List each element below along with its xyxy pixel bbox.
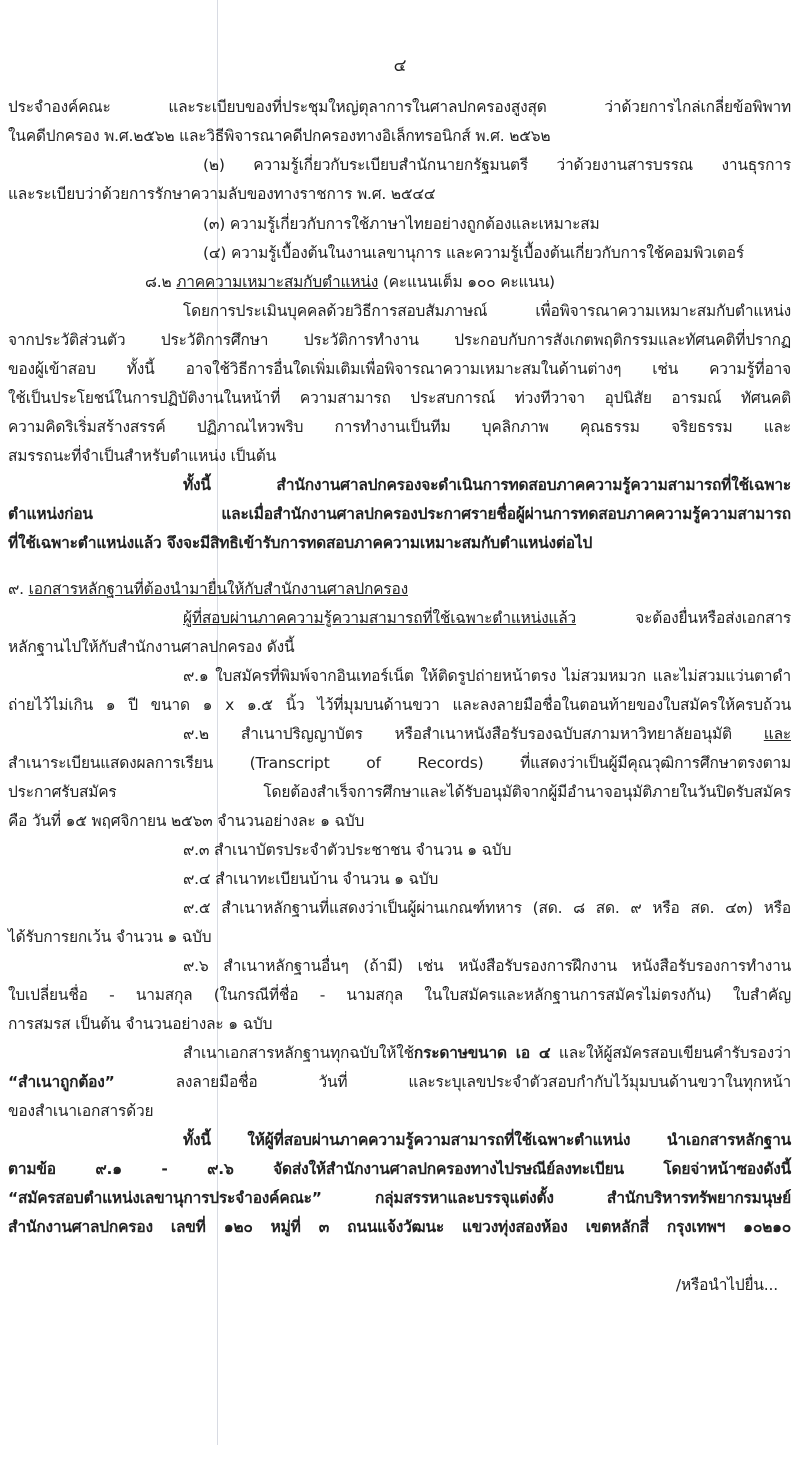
bold-text: กระดาษขนาด เอ ๔: [414, 1044, 551, 1062]
text-line: ในคดีปกครอง พ.ศ.๒๕๖๒ และวิธีพิจารณาคดีปก…: [8, 126, 550, 146]
continuation-marker: /หรือนำไปยื่น...: [676, 1275, 778, 1295]
list-item-9-2: ๙.๒ สำเนาปริญญาบัตร หรือสำเนาหนังสือรับร…: [183, 724, 791, 744]
bold-note-line: ทั้งนี้ สำนักงานศาลปกครองจะดำเนินการทดสอ…: [183, 475, 791, 495]
text-line: การสมรส เป็นต้น จำนวนอย่างละ ๑ ฉบับ: [8, 1014, 272, 1034]
text-line: สมรรถนะที่จำเป็นสำหรับตำแหน่ง เป็นต้น: [8, 446, 276, 466]
text-span: และให้ผู้สมัครสอบเขียนคำรับรองว่า: [550, 1044, 791, 1062]
section-number: ๙.: [8, 580, 29, 598]
list-item-9-3: ๙.๓ สำเนาบัตรประจำตัวประชาชน จำนวน ๑ ฉบั…: [183, 840, 511, 860]
text-line: ใช้เป็นประโยชน์ในการปฏิบัติงานในหน้าที่ …: [8, 388, 791, 408]
bold-note-line: ตามข้อ ๙.๑ - ๙.๖ จัดส่งให้สำนักงานศาลปกค…: [8, 1159, 791, 1179]
text-line: โดยการประเมินบุคคลด้วยวิธีการสอบสัมภาษณ์…: [183, 301, 791, 321]
section-9-heading: ๙. เอกสารหลักฐานที่ต้องนำมายื่นให้กับสำน…: [8, 579, 408, 599]
text-line: ถ่ายไว้ไม่เกิน ๑ ปี ขนาด ๑ x ๑.๕ นิ้ว ไว…: [8, 695, 791, 715]
bold-note-line: ที่ใช้เฉพาะตำแหน่งแล้ว จึงจะมีสิทธิเข้าร…: [8, 533, 592, 553]
text-line: ได้รับการยกเว้น จำนวน ๑ ฉบับ: [8, 927, 211, 947]
text-line: คือ วันที่ ๑๕ พฤศจิกายน ๒๕๖๓ จำนวนอย่างล…: [8, 811, 364, 831]
section-title: เอกสารหลักฐานที่ต้องนำมายื่นให้กับสำนักง…: [29, 580, 408, 598]
text-span: สำเนาเอกสารหลักฐานทุกฉบับให้ใช้: [183, 1044, 414, 1062]
text-line: ของสำเนาเอกสารด้วย: [8, 1101, 153, 1121]
list-item-4: (๔) ความรู้เบื้องต้นในงานเลขานุการ และคว…: [203, 243, 744, 263]
list-item-9-1: ๙.๑ ใบสมัครที่พิมพ์จากอินเทอร์เน็ต ให้ติ…: [183, 666, 791, 686]
text-line: ผู้ที่สอบผ่านภาคความรู้ความสามารถที่ใช้เ…: [183, 608, 791, 628]
section-number: ๘.๒: [145, 273, 176, 291]
text-line: สำเนาเอกสารหลักฐานทุกฉบับให้ใช้กระดาษขนา…: [183, 1043, 791, 1063]
text-line: ของผู้เข้าสอบ ทั้งนี้ อาจใช้วิธีการอื่นใ…: [8, 359, 791, 379]
section-score: (คะแนนเต็ม ๑๐๐ คะแนน): [378, 273, 555, 291]
bold-note-line: “สมัครสอบตำแหน่งเลขานุการประจำองค์คณะ” ก…: [8, 1188, 791, 1208]
text-line: “สำเนาถูกต้อง” ลงลายมือชื่อ วันที่ และระ…: [8, 1072, 791, 1092]
underlined-text: และ: [764, 725, 791, 743]
bold-text: “สำเนาถูกต้อง”: [8, 1073, 115, 1091]
bold-note-line: ตำแหน่งก่อน และเมื่อสำนักงานศาลปกครองประ…: [8, 504, 791, 524]
text-span: จะต้องยื่นหรือส่งเอกสาร: [576, 609, 791, 627]
text-line: ประกาศรับสมัคร โดยต้องสำเร็จการศึกษาและไ…: [8, 782, 791, 802]
text-span: ลงลายมือชื่อ วันที่ และระบุเลขประจำตัวสอ…: [115, 1073, 791, 1091]
section-title: ภาคความเหมาะสมกับตำแหน่ง: [176, 273, 378, 291]
text-line: ใบเปลี่ยนชื่อ - นามสกุล (ในกรณีที่ชื่อ -…: [8, 985, 791, 1005]
bold-note-line: ทั้งนี้ ให้ผู้ที่สอบผ่านภาคความรู้ความสา…: [183, 1130, 791, 1150]
underlined-text: ผู้ที่สอบผ่านภาคความรู้ความสามารถที่ใช้เ…: [183, 609, 576, 627]
section-8-2-heading: ๘.๒ ภาคความเหมาะสมกับตำแหน่ง (คะแนนเต็ม …: [145, 272, 555, 292]
text-span: ๙.๒ สำเนาปริญญาบัตร หรือสำเนาหนังสือรับร…: [183, 725, 764, 743]
text-line: สำเนาระเบียนแสดงผลการเรียน (Transcript o…: [8, 753, 791, 773]
text-line: และระเบียบว่าด้วยการรักษาความลับของทางรา…: [8, 184, 435, 204]
list-item-3: (๓) ความรู้เกี่ยวกับการใช้ภาษาไทยอย่างถู…: [203, 214, 600, 234]
list-item-9-4: ๙.๔ สำเนาทะเบียนบ้าน จำนวน ๑ ฉบับ: [183, 869, 438, 889]
text-line: จากประวัติส่วนตัว ประวัติการศึกษา ประวัต…: [8, 330, 791, 350]
list-item-9-6: ๙.๖ สำเนาหลักฐานอื่นๆ (ถ้ามี) เช่น หนังส…: [183, 956, 791, 976]
list-item-2: (๒) ความรู้เกี่ยวกับระเบียบสำนักนายกรัฐม…: [203, 155, 791, 175]
text-line: ความคิดริเริ่มสร้างสรรค์ ปฏิภาณไหวพริบ ก…: [8, 417, 791, 437]
list-item-9-5: ๙.๕ สำเนาหลักฐานที่แสดงว่าเป็นผู้ผ่านเกณ…: [183, 898, 791, 918]
text-line: ประจำองค์คณะ และระเบียบของที่ประชุมใหญ่ต…: [8, 97, 791, 117]
text-line: หลักฐานไปให้กับสำนักงานศาลปกครอง ดังนี้: [8, 637, 294, 657]
bold-note-line: สำนักงานศาลปกครอง เลขที่ ๑๒๐ หมู่ที่ ๓ ถ…: [8, 1217, 791, 1237]
page-number: ๔: [0, 52, 800, 79]
